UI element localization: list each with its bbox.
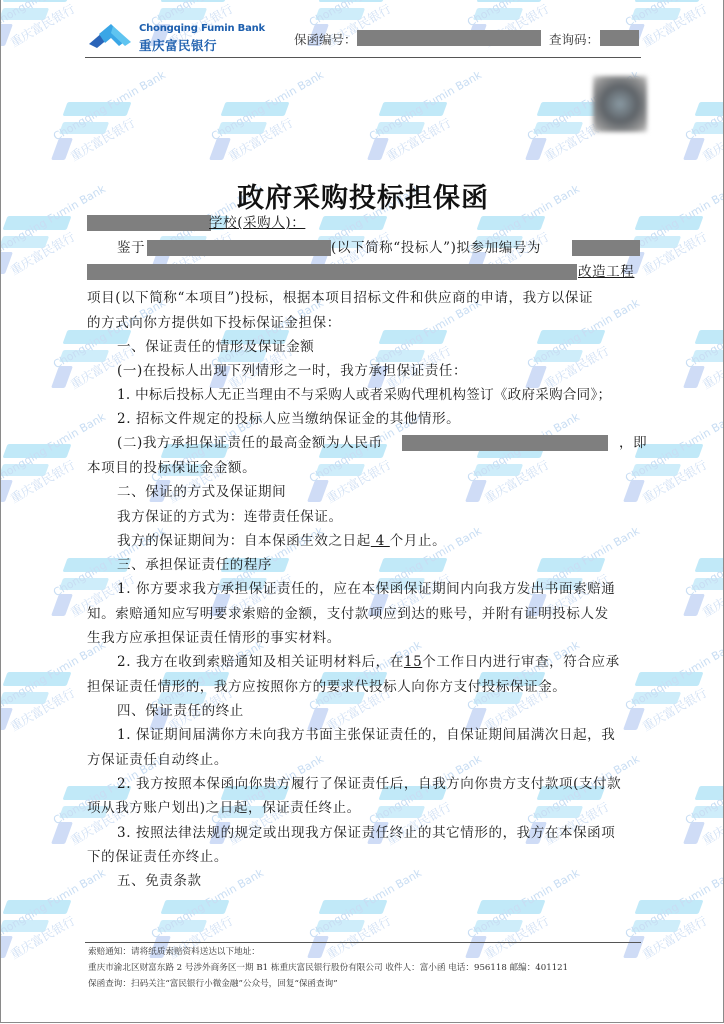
review-days: 15 bbox=[404, 654, 422, 670]
section-2-line1: 我方保证的方式为：连带责任保证。 bbox=[117, 508, 343, 526]
section-2-title: 二、保证的方式及保证期间 bbox=[117, 483, 286, 501]
section-1-sub2-line2: 本项目的投标保证金金额。 bbox=[87, 459, 256, 477]
section-1-item1: 1. 中标后投标人无正当理由不与采购人或者采购代理机构签订《政府采购合同》； bbox=[117, 386, 611, 404]
section-4-item2-l1: 2. 我方按照本保函向你贵方履行了保证责任后，自我方向你贵方支付款项(支付款 bbox=[117, 775, 621, 793]
section-1-sub2-suffix: ，即 bbox=[619, 434, 647, 452]
footer-claim-notice: 索赔通知：请将纸质索赔资料送达以下地址： bbox=[88, 946, 260, 958]
guarantee-months: 4 bbox=[371, 533, 390, 549]
section-4-item1-l1: 1. 保证期间届满你方未向我方书面主张保证责任的，自保证期间届满次日起，我 bbox=[117, 726, 615, 744]
section-1-item2: 2. 招标文件规定的投标人应当缴纳保证金的其他情形。 bbox=[117, 410, 460, 428]
bank-name-en: Chongqing Fumin Bank bbox=[139, 23, 265, 34]
guarantee-number-label: 保函编号： bbox=[294, 30, 357, 48]
section-4-item2-l2: 项从我方账户划出)之日起，保证责任终止。 bbox=[87, 799, 361, 817]
guarantee-period-prefix: 我方的保证期间为：自本保函生效之日起 bbox=[117, 533, 371, 549]
section-4-title: 四、保证责任的终止 bbox=[117, 702, 244, 720]
bank-logo-icon bbox=[87, 24, 135, 48]
section-5-title: 五、免责条款 bbox=[117, 872, 202, 890]
project-suffix: 改造工程 bbox=[578, 263, 634, 281]
section-3-item2-l1: 2. 我方在收到索赔通知及相关证明材料后，在15个工作日内进行审查，符合应承 bbox=[117, 653, 620, 671]
para1-prefix: 鉴于 bbox=[117, 239, 145, 257]
guarantee-period-suffix: 个月止。 bbox=[390, 533, 446, 549]
para1-line4: 的方式向你方提供如下投标保证金担保： bbox=[87, 314, 341, 332]
section-3-title: 三、承担保证责任的程序 bbox=[117, 556, 272, 574]
section-3-item1-l2: 知。索赔通知应写明要求索赔的金额，支付款项应到达的账号，并附有证明投标人发 bbox=[87, 605, 609, 623]
review-prefix: 2. 我方在收到索赔通知及相关证明材料后，在 bbox=[117, 654, 404, 670]
project-name-redacted bbox=[87, 264, 577, 280]
max-amount-redacted bbox=[402, 435, 608, 451]
qr-code bbox=[593, 76, 647, 132]
section-4-item1-l2: 方保证责任自动终止。 bbox=[87, 751, 228, 769]
para1-mid: (以下简称“投标人”)拟参加编号为 bbox=[331, 239, 541, 257]
section-1-title: 一、保证责任的情形及保证金额 bbox=[117, 338, 314, 356]
bank-logo: Chongqing Fumin Bank 重庆富民银行 bbox=[87, 22, 247, 52]
bidder-name-redacted bbox=[147, 240, 331, 256]
purchaser-name-redacted bbox=[87, 215, 211, 231]
document-page: Chongqing Fumin Bank重庆富民银行Chongqing Fumi… bbox=[0, 0, 724, 1023]
section-2-line2: 我方的保证期间为：自本保函生效之日起 4 个月止。 bbox=[117, 532, 446, 550]
review-suffix: 个工作日内进行审查，符合应承 bbox=[422, 654, 619, 670]
footer-divider bbox=[85, 942, 641, 943]
section-1-sub1: (一)在投标人出现下列情形之一时，我方承担保证责任： bbox=[117, 362, 467, 380]
addressee-line: 学校(采购人)： bbox=[209, 214, 305, 232]
project-number-redacted bbox=[572, 240, 640, 256]
query-code-redacted bbox=[600, 30, 639, 46]
section-1-sub2-prefix: (二)我方承担保证责任的最高金额为人民币 bbox=[117, 434, 383, 452]
section-3-item2-l2: 担保证责任情形的，我方应按照你方的要求代投标人向你方支付投标保证金。 bbox=[87, 678, 566, 696]
addressee-suffix: 学校(采购人)： bbox=[209, 215, 305, 231]
bank-name-cn: 重庆富民银行 bbox=[139, 36, 217, 54]
document-title: 政府采购投标担保函 bbox=[1, 176, 724, 215]
section-3-item1-l3: 生我方应承担保证责任情形的事实材料。 bbox=[87, 629, 341, 647]
query-code-label: 查询码： bbox=[549, 30, 599, 48]
section-4-item3-l2: 下的保证责任亦终止。 bbox=[87, 848, 228, 866]
footer-address: 重庆市渝北区财富东路 2 号涉外商务区一期 B1 栋重庆富民银行股份有限公司 收… bbox=[88, 962, 568, 974]
header-divider bbox=[85, 57, 641, 58]
footer-query: 保函查询：扫码关注“富民银行小微金融”公众号，回复“保函查询” bbox=[88, 978, 338, 990]
section-3-item1-l1: 1. 你方要求我方承担保证责任的，应在本保函保证期间内向我方发出书面索赔通 bbox=[117, 580, 615, 598]
section-4-item3-l1: 3. 按照法律法规的规定或出现我方保证责任终止的其它情形的，我方在本保函项 bbox=[117, 824, 615, 842]
para1-line3: 项目(以下简称“本项目”)投标，根据本项目招标文件和供应商的申请，我方以保证 bbox=[87, 289, 593, 307]
guarantee-number-redacted bbox=[357, 30, 541, 46]
